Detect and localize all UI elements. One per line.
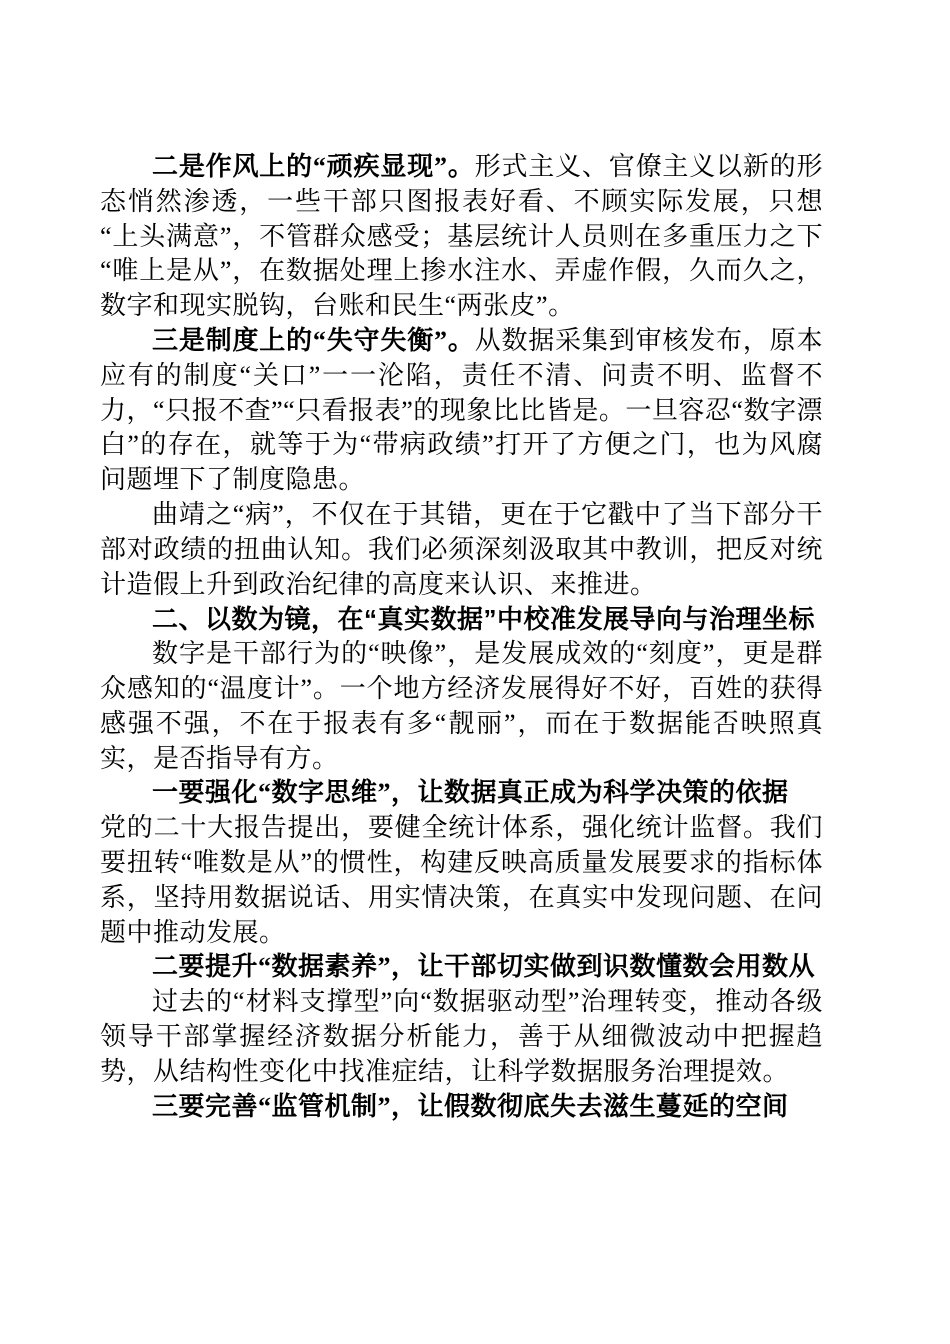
heading-point-one: 一要强化“数字思维”，让数据真正成为科学决策的依据 (100, 776, 823, 811)
heading-section-two: 二、以数为镜，在“真实数据”中校准发展导向与治理坐标 (100, 602, 823, 637)
document-content: 二是作风上的“顽疾显现”。形式主义、官僚主义以新的形态悄然渗透，一些干部只图报表… (100, 150, 823, 1124)
paragraph-conduct-issue: 二是作风上的“顽疾显现”。形式主义、官僚主义以新的形态悄然渗透，一些干部只图报表… (100, 150, 823, 324)
paragraph-conduct-issue-lead: 二是作风上的“顽疾显现”。 (152, 152, 475, 181)
paragraph-point-two-body: 过去的“材料支撑型”向“数据驱动型”治理转变，推动各级领导干部掌握经济数据分析能… (100, 985, 823, 1089)
paragraph-qujing-lesson: 曲靖之“病”，不仅在于其错，更在于它戳中了当下部分干部对政绩的扭曲认知。我们必须… (100, 498, 823, 602)
document-page: 二是作风上的“顽疾显现”。形式主义、官僚主义以新的形态悄然渗透，一些干部只图报表… (0, 0, 950, 1344)
paragraph-system-issue: 三是制度上的“失守失衡”。从数据采集到审核发布，原本应有的制度“关口”一一沦陷，… (100, 324, 823, 498)
heading-point-two: 二要提升“数据素养”，让干部切实做到识数懂数会用数从 (100, 950, 823, 985)
heading-point-three: 三要完善“监管机制”，让假数彻底失去滋生蔓延的空间 (100, 1090, 823, 1125)
paragraph-system-issue-lead: 三是制度上的“失守失衡”。 (152, 326, 475, 355)
paragraph-data-mirror: 数字是干部行为的“映像”，是发展成效的“刻度”，更是群众感知的“温度计”。一个地… (100, 637, 823, 776)
paragraph-point-one-body: 党的二十大报告提出，要健全统计体系，强化统计监督。我们要扭转“唯数是从”的惯性，… (100, 811, 823, 950)
